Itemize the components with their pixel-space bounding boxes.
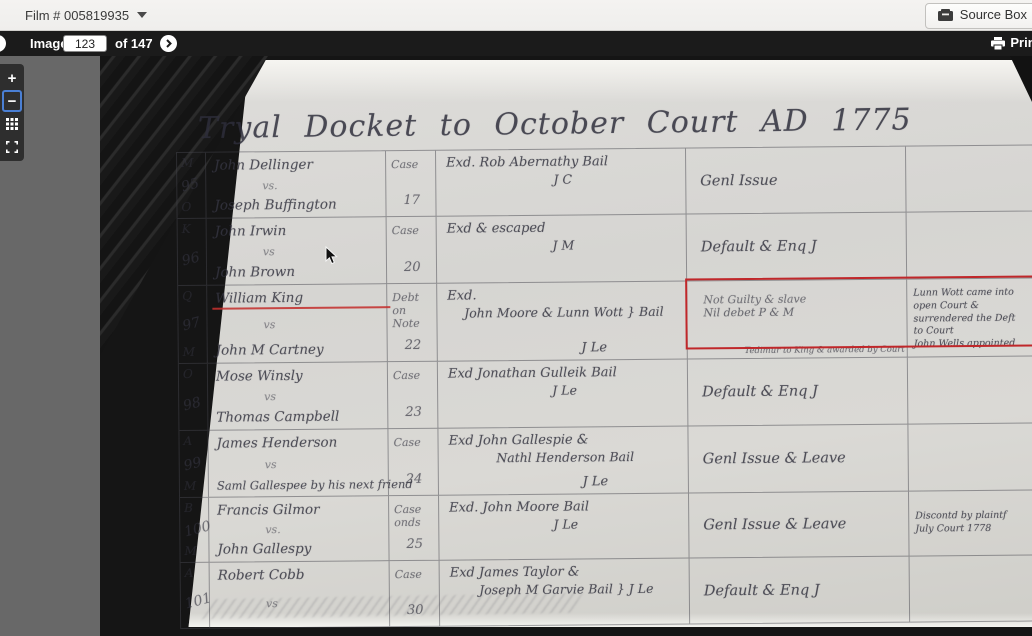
film-viewer-window: Film # 005819935 Source Box Image of 147… <box>0 0 1032 636</box>
margin-note <box>915 457 1029 458</box>
action-type: Case <box>392 224 433 237</box>
execution-note: Exd Jonathan Gulleik Bail <box>448 365 681 382</box>
margin-letter: K <box>182 222 204 236</box>
image-nav-bar: Image of 147 Print <box>0 31 1032 56</box>
dropdown-caret-icon <box>137 12 147 18</box>
defendant-name: Saml Gallespee by his next friend <box>217 477 384 492</box>
previous-image-button[interactable] <box>0 35 6 52</box>
zoom-in-button[interactable]: + <box>2 67 22 89</box>
film-number-label: Film # 005819935 <box>25 8 129 23</box>
margin-note <box>914 390 1028 391</box>
margin-letter: M <box>183 345 205 359</box>
film-number-dropdown[interactable]: Film # 005819935 <box>25 8 147 23</box>
plaintiff-name: Francis Gilmor <box>217 501 384 518</box>
plaintiff-name: James Henderson <box>216 434 383 451</box>
execution-note: Exd James Taylor & <box>450 564 683 581</box>
defendant-name: John Brown <box>215 263 382 280</box>
zoom-out-icon: − <box>8 93 17 110</box>
action-type: Debt on Note <box>392 291 433 330</box>
plea-note: Genl Issue & Leave <box>703 516 846 533</box>
versus-label: vs <box>265 457 384 471</box>
action-type: Case onds <box>394 503 435 529</box>
case-number: 96 <box>180 248 205 269</box>
source-box-button[interactable]: Source Box <box>925 3 1032 29</box>
action-number: 22 <box>405 338 422 353</box>
case-number: 95 <box>180 174 205 195</box>
versus-label: vs <box>263 244 382 258</box>
defendant-name: John M Cartney <box>216 341 383 358</box>
printer-icon <box>991 37 1005 50</box>
execution-note: J Le <box>553 517 578 532</box>
margin-letter: O <box>183 367 205 381</box>
versus-label: vs. <box>265 522 384 536</box>
zoom-out-button[interactable]: − <box>2 90 22 112</box>
margin-note <box>913 245 1027 246</box>
print-label: Print <box>1010 35 1032 50</box>
action-type: Case <box>391 158 432 171</box>
action-number: 24 <box>406 472 423 487</box>
margin-note: Discontd by plaintf <box>915 510 1029 524</box>
execution-note: Exd. John Moore Bail <box>449 499 682 516</box>
execution-note: J Le <box>582 474 608 489</box>
image-viewer[interactable]: Tryal Docket to October Court AD 1775 M9… <box>0 56 1032 636</box>
fit-screen-button[interactable] <box>2 136 22 158</box>
execution-note: J C <box>553 172 572 187</box>
margin-note <box>912 178 1026 179</box>
margin-letter: B <box>184 501 206 515</box>
defendant-name <box>218 622 385 623</box>
print-button[interactable]: Print <box>991 35 1032 50</box>
execution-note: Exd. Rob Abernathy Bail <box>446 154 679 171</box>
versus-label: vs. <box>262 178 381 192</box>
execution-note: J Le <box>552 383 577 398</box>
plea-note: Genl Issue <box>700 172 777 189</box>
docket-table: M95O John Dellingervs.Joseph Buffington … <box>176 145 1032 629</box>
execution-note: Exd John Gallespie & <box>448 432 681 449</box>
action-type: Case <box>395 568 436 581</box>
execution-note: Exd. <box>447 287 680 304</box>
fit-screen-icon <box>6 141 18 153</box>
image-total-label: of 147 <box>115 36 153 51</box>
defendant-name: Joseph Buffington <box>214 196 381 213</box>
plea-note: Tedimur to King & awarded by Court <box>744 345 904 356</box>
defendant-name: Thomas Campbell <box>216 408 383 425</box>
image-number-input[interactable] <box>63 35 107 52</box>
plea-note: Default & Enq J <box>701 238 817 255</box>
film-bar: Film # 005819935 Source Box <box>0 0 1032 31</box>
zoom-toolbar: + − <box>0 64 24 161</box>
plaintiff-name-underlined: William King <box>215 289 382 306</box>
margin-letter: M <box>184 544 206 558</box>
margin-note <box>916 588 1030 589</box>
execution-note: John Moore & Lunn Wott } Bail <box>464 304 664 321</box>
margin-letter: M <box>184 479 206 493</box>
zoom-in-icon: + <box>8 70 17 87</box>
plea-note: Not Guilty & slave <box>703 293 806 307</box>
case-number: 100 <box>183 519 208 540</box>
margin-note: John Wells appointed <box>914 338 1028 352</box>
versus-label: vs <box>263 317 382 331</box>
source-box-label: Source Box <box>960 7 1027 22</box>
case-number: 98 <box>182 393 207 414</box>
action-type: Case <box>393 369 434 382</box>
plaintiff-name: John Irwin <box>215 222 382 239</box>
action-number: 23 <box>405 405 422 420</box>
next-image-button[interactable] <box>160 35 177 52</box>
plea-note: Nil debet P & M <box>703 306 794 320</box>
case-number: 99 <box>182 453 207 474</box>
action-number: 25 <box>406 537 423 552</box>
plea-note: Default & Enq J <box>702 383 818 400</box>
action-number: 20 <box>404 260 421 275</box>
margin-letter: A <box>183 434 205 448</box>
plea-note: Default & Enq J <box>704 582 820 599</box>
source-box-icon <box>938 6 953 28</box>
thumbnail-grid-button[interactable] <box>2 113 22 135</box>
plaintiff-name: Mose Winsly <box>216 367 383 384</box>
margin-letter: O <box>181 200 203 214</box>
margin-letter: A <box>185 566 207 580</box>
execution-note: Exd & escaped <box>447 220 680 237</box>
plaintiff-name: John Dellinger <box>214 156 381 173</box>
margin-note: Lunn Wott came into open Court & surrend… <box>913 287 1027 339</box>
versus-label: vs <box>264 389 383 403</box>
margin-letter: M <box>181 156 203 170</box>
plea-note: Genl Issue & Leave <box>703 450 846 467</box>
action-type: Case <box>393 436 434 449</box>
plaintiff-name: Robert Cobb <box>218 566 385 583</box>
margin-letter: Q <box>182 289 204 303</box>
action-number: 17 <box>403 193 420 208</box>
execution-note: J M <box>552 238 574 253</box>
margin-note: July Court 1778 <box>915 523 1029 537</box>
case-number: 97 <box>181 313 206 334</box>
page-corner-shadow <box>1010 56 1032 102</box>
defendant-name: John Gallespy <box>217 540 384 557</box>
image-label: Image <box>30 36 68 51</box>
grid-icon <box>6 118 18 130</box>
execution-note: Nathl Henderson Bail <box>496 449 634 465</box>
execution-note: J Le <box>581 340 607 355</box>
